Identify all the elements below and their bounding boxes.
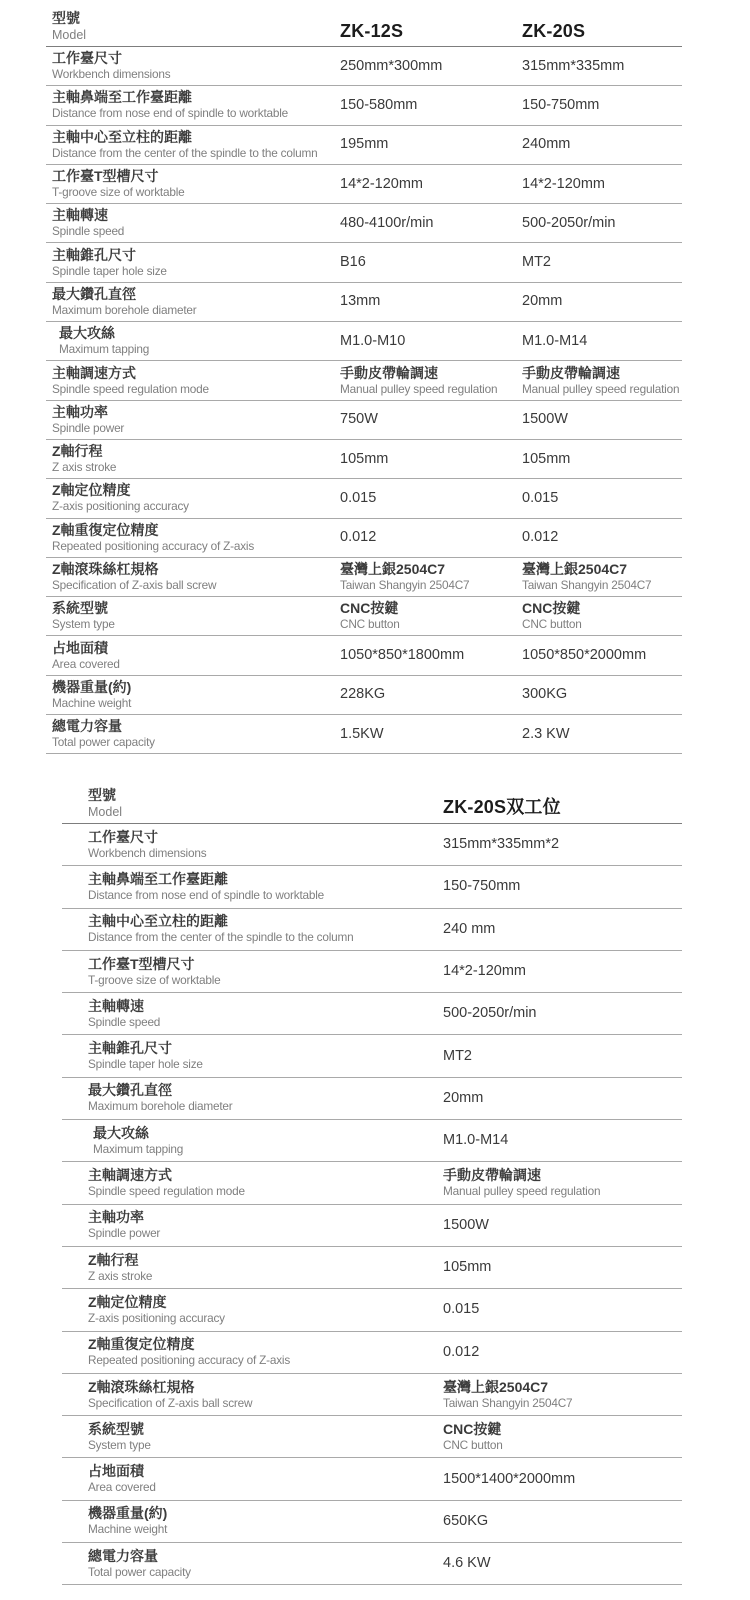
spec-value-col2: M1.0-M14: [522, 322, 587, 360]
spec-label: 機器重量(約) Machine weight: [62, 1501, 682, 1542]
spec-row: Z軸行程 Z axis stroke 105mm 105mm: [46, 440, 682, 479]
spec-value-col2: 315mm*335mm: [522, 47, 624, 85]
spec-label-zh: 系統型號: [88, 1421, 682, 1438]
spec-value-col1: 750W: [340, 401, 378, 439]
spec-value-main: 150-750mm: [443, 878, 520, 895]
spec-value-main: 315mm*335mm*2: [443, 836, 559, 853]
spec-value-main: 228KG: [340, 686, 385, 703]
spec-value-sub: CNC button: [522, 617, 582, 632]
spec-value-col1: 0.015: [443, 1289, 479, 1330]
spec-row: 系統型號 System type CNC按鍵 CNC button: [62, 1416, 682, 1458]
spec-label-en: Area covered: [88, 1480, 682, 1495]
spec-value-main: 臺灣上銀2504C7: [443, 1379, 572, 1396]
spec-label-zh: Z軸重復定位精度: [88, 1336, 682, 1353]
spec-label-zh: 占地面積: [88, 1463, 682, 1480]
spec-label-en: Specification of Z-axis ball screw: [88, 1396, 682, 1411]
spec-label-zh: 主軸錐孔尺寸: [52, 247, 682, 264]
spec-row: 工作臺尺寸 Workbench dimensions 250mm*300mm 3…: [46, 47, 682, 86]
spec-value-col1: 195mm: [340, 126, 388, 164]
spec-value-main: 手動皮帶輪調速: [443, 1167, 600, 1184]
spec-value-main: MT2: [522, 254, 551, 271]
spec-value-main: 750W: [340, 411, 378, 428]
spec-value-main: 14*2-120mm: [522, 176, 605, 193]
spec-value-main: 240mm: [522, 136, 570, 153]
spec-value-col2: 500-2050r/min: [522, 204, 616, 242]
spec-label-zh: 工作臺尺寸: [88, 829, 682, 846]
spec-value-col1: M1.0-M10: [340, 322, 405, 360]
spec-value-main: 13mm: [340, 293, 380, 310]
spec-label-en: Distance from nose end of spindle to wor…: [88, 888, 682, 903]
spec-table-header: 型號 Model ZK-12S ZK-20S: [46, 10, 682, 47]
spec-value-main: 1500*1400*2000mm: [443, 1471, 575, 1488]
spec-value-sub: CNC button: [443, 1438, 503, 1453]
spec-value-main: CNC按鍵: [443, 1421, 503, 1438]
spec-rows: 工作臺尺寸 Workbench dimensions 315mm*335mm*2…: [62, 824, 682, 1585]
spec-value-col2: 1050*850*2000mm: [522, 636, 646, 674]
spec-value-col1: 0.012: [340, 519, 376, 557]
spec-row: 工作臺T型槽尺寸 T-groove size of worktable 14*2…: [46, 165, 682, 204]
spec-value-main: 0.015: [522, 490, 558, 507]
spec-value-sub: Taiwan Shangyin 2504C7: [340, 578, 469, 593]
spec-value-main: 105mm: [340, 451, 388, 468]
spec-label-zh: 機器重量(約): [88, 1505, 682, 1522]
spec-label: Z軸定位精度 Z-axis positioning accuracy: [62, 1289, 682, 1330]
spec-row: 最大攻絲 Maximum tapping M1.0-M14: [62, 1120, 682, 1162]
spec-row: 主軸鼻端至工作臺距離 Distance from nose end of spi…: [62, 866, 682, 908]
spec-value-main: 300KG: [522, 686, 567, 703]
spec-value-main: 20mm: [522, 293, 562, 310]
spec-row: 最大攻絲 Maximum tapping M1.0-M10 M1.0-M14: [46, 322, 682, 361]
spec-value-main: M1.0-M14: [522, 333, 587, 350]
spec-row: 主軸中心至立柱的距離 Distance from the center of t…: [46, 126, 682, 165]
spec-value-sub: Manual pulley speed regulation: [340, 382, 497, 397]
spec-label-en: Distance from the center of the spindle …: [88, 930, 682, 945]
spec-label: 最大鑽孔直徑 Maximum borehole diameter: [62, 1078, 682, 1119]
spec-row: 系統型號 System type CNC按鍵 CNC button CNC按鍵 …: [46, 597, 682, 636]
spec-value-col1: 480-4100r/min: [340, 204, 434, 242]
spec-value-col1: 手動皮帶輪調速 Manual pulley speed regulation: [443, 1162, 600, 1203]
spec-value-main: 1.5KW: [340, 726, 384, 743]
spec-label-en: Z axis stroke: [88, 1269, 682, 1284]
spec-value-main: 1050*850*1800mm: [340, 647, 464, 664]
spec-value-main: M1.0-M10: [340, 333, 405, 350]
spec-value-col2: 2.3 KW: [522, 715, 570, 753]
spec-value-col1: 228KG: [340, 676, 385, 714]
spec-value-main: 4.6 KW: [443, 1555, 491, 1572]
spec-row: Z軸行程 Z axis stroke 105mm: [62, 1247, 682, 1289]
spec-label-en: Spindle power: [88, 1226, 682, 1241]
spec-value-main: 650KG: [443, 1513, 488, 1530]
spec-value-main: M1.0-M14: [443, 1132, 508, 1149]
spec-row: 主軸中心至立柱的距離 Distance from the center of t…: [62, 909, 682, 951]
spec-value-col2: 20mm: [522, 283, 562, 321]
spec-label-zh: 總電力容量: [88, 1548, 682, 1565]
spec-value-col1: 315mm*335mm*2: [443, 824, 559, 865]
spec-value-main: 105mm: [522, 451, 570, 468]
spec-row: Z軸定位精度 Z-axis positioning accuracy 0.015…: [46, 479, 682, 518]
spec-value-main: 0.012: [340, 529, 376, 546]
spec-value-col2: 手動皮帶輪調速 Manual pulley speed regulation: [522, 361, 679, 399]
spec-row: Z軸滾珠絲杠規格 Specification of Z-axis ball sc…: [46, 558, 682, 597]
spec-value-main: 0.012: [443, 1344, 479, 1361]
spec-value-col1: 手動皮帶輪調速 Manual pulley speed regulation: [340, 361, 497, 399]
spec-value-main: 500-2050r/min: [443, 1005, 537, 1022]
spec-label-en: T-groove size of worktable: [88, 973, 682, 988]
spec-label: 占地面積 Area covered: [62, 1458, 682, 1499]
spec-value-main: 195mm: [340, 136, 388, 153]
spec-value-col1: 0.012: [443, 1332, 479, 1373]
spec-label-en: Spindle taper hole size: [52, 264, 682, 279]
spec-value-main: 14*2-120mm: [340, 176, 423, 193]
spec-value-col1: M1.0-M14: [443, 1120, 508, 1161]
spec-label-en: Machine weight: [88, 1522, 682, 1537]
spec-value-col2: 150-750mm: [522, 86, 599, 124]
spec-value-col2: 240mm: [522, 126, 570, 164]
model-name-zk20s-dual: ZK-20S双工位: [443, 793, 561, 819]
spec-value-main: 500-2050r/min: [522, 215, 616, 232]
model-name-zk20s: ZK-20S: [522, 21, 585, 42]
spec-value-main: 0.015: [443, 1301, 479, 1318]
spec-label-en: System type: [88, 1438, 682, 1453]
spec-row: 總電力容量 Total power capacity 1.5KW 2.3 KW: [46, 715, 682, 754]
spec-row: Z軸滾珠絲杠規格 Specification of Z-axis ball sc…: [62, 1374, 682, 1416]
spec-label-en: Spindle speed: [88, 1015, 682, 1030]
spec-row: Z軸定位精度 Z-axis positioning accuracy 0.015: [62, 1289, 682, 1331]
spec-value-main: 1500W: [443, 1217, 489, 1234]
spec-value-col2: 300KG: [522, 676, 567, 714]
spec-row: Z軸重復定位精度 Repeated positioning accuracy o…: [62, 1332, 682, 1374]
spec-value-col1: 500-2050r/min: [443, 993, 537, 1034]
spec-label: 主軸中心至立柱的距離 Distance from the center of t…: [62, 909, 682, 950]
spec-value-sub: Taiwan Shangyin 2504C7: [443, 1396, 572, 1411]
spec-value-main: 臺灣上銀2504C7: [340, 561, 469, 578]
spec-value-col2: 14*2-120mm: [522, 165, 605, 203]
spec-value-main: MT2: [443, 1048, 472, 1065]
spec-rows: 工作臺尺寸 Workbench dimensions 250mm*300mm 3…: [46, 47, 682, 754]
spec-value-col1: 105mm: [340, 440, 388, 478]
spec-value-col1: 1050*850*1800mm: [340, 636, 464, 674]
spec-label-zh: Z軸行程: [88, 1252, 682, 1269]
spec-row: 最大鑽孔直徑 Maximum borehole diameter 20mm: [62, 1078, 682, 1120]
spec-label-zh: Z軸定位精度: [88, 1294, 682, 1311]
spec-value-main: CNC按鍵: [522, 600, 582, 617]
spec-value-col1: 1.5KW: [340, 715, 384, 753]
spec-label-zh: 最大鑽孔直徑: [88, 1082, 682, 1099]
spec-label-en: Maximum borehole diameter: [88, 1099, 682, 1114]
spec-value-main: 1050*850*2000mm: [522, 647, 646, 664]
spec-row: 占地面積 Area covered 1050*850*1800mm 1050*8…: [46, 636, 682, 675]
spec-value-main: 2.3 KW: [522, 726, 570, 743]
spec-value-col1: 105mm: [443, 1247, 491, 1288]
model-label-zh: 型號: [52, 10, 86, 27]
spec-value-col1: CNC按鍵 CNC button: [443, 1416, 503, 1457]
spec-value-main: 20mm: [443, 1090, 483, 1107]
spec-row: 主軸功率 Spindle power 1500W: [62, 1205, 682, 1247]
spec-value-main: CNC按鍵: [340, 600, 400, 617]
spec-label: Z軸重復定位精度 Repeated positioning accuracy o…: [62, 1332, 682, 1373]
model-label: 型號 Model: [46, 10, 86, 46]
spec-value-main: 480-4100r/min: [340, 215, 434, 232]
spec-row: 總電力容量 Total power capacity 4.6 KW: [62, 1543, 682, 1585]
spec-value-main: 150-750mm: [522, 97, 599, 114]
spec-label: Z軸滾珠絲杠規格 Specification of Z-axis ball sc…: [62, 1374, 682, 1415]
spec-label-en: Maximum tapping: [93, 1142, 682, 1157]
model-label: 型號 Model: [62, 787, 122, 823]
spec-label: 最大攻絲 Maximum tapping: [62, 1120, 682, 1161]
spec-row: 主軸調速方式 Spindle speed regulation mode 手動皮…: [62, 1162, 682, 1204]
spec-label: 工作臺尺寸 Workbench dimensions: [62, 824, 682, 865]
model-label-zh: 型號: [88, 787, 122, 804]
spec-label-zh: 主軸功率: [88, 1209, 682, 1226]
spec-label-en: Repeated positioning accuracy of Z-axis: [88, 1353, 682, 1368]
spec-label-zh: 主軸錐孔尺寸: [88, 1040, 682, 1057]
spec-row: 工作臺T型槽尺寸 T-groove size of worktable 14*2…: [62, 951, 682, 993]
spec-label-zh: Z軸滾珠絲杠規格: [88, 1379, 682, 1396]
spec-label: 總電力容量 Total power capacity: [62, 1543, 682, 1584]
spec-row: Z軸重復定位精度 Repeated positioning accuracy o…: [46, 519, 682, 558]
spec-label: 工作臺T型槽尺寸 T-groove size of worktable: [62, 951, 682, 992]
spec-label-zh: 主軸鼻端至工作臺距離: [88, 871, 682, 888]
spec-value-main: 1500W: [522, 411, 568, 428]
spec-value-col1: 1500W: [443, 1205, 489, 1246]
spec-value-col1: 14*2-120mm: [443, 951, 526, 992]
spec-value-col2: 1500W: [522, 401, 568, 439]
spec-label-en: Spindle taper hole size: [88, 1057, 682, 1072]
spec-value-main: 手動皮帶輪調速: [522, 365, 679, 382]
spec-row: 工作臺尺寸 Workbench dimensions 315mm*335mm*2: [62, 824, 682, 866]
spec-label-en: Z-axis positioning accuracy: [88, 1311, 682, 1326]
spec-value-col1: 650KG: [443, 1501, 488, 1542]
spec-table-header: 型號 Model ZK-20S双工位: [62, 778, 682, 824]
model-label-en: Model: [88, 804, 122, 820]
spec-value-main: 臺灣上銀2504C7: [522, 561, 651, 578]
spec-value-col2: MT2: [522, 243, 551, 281]
spec-label-zh: 主軸轉速: [88, 998, 682, 1015]
spec-table-zk20s-dual: 型號 Model ZK-20S双工位 工作臺尺寸 Workbench dimen…: [62, 778, 682, 1585]
spec-row: 主軸鼻端至工作臺距離 Distance from nose end of spi…: [46, 86, 682, 125]
spec-value-main: 手動皮帶輪調速: [340, 365, 497, 382]
spec-row: 機器重量(約) Machine weight 650KG: [62, 1501, 682, 1543]
spec-row: 占地面積 Area covered 1500*1400*2000mm: [62, 1458, 682, 1500]
spec-label-zh: 工作臺T型槽尺寸: [88, 956, 682, 973]
spec-value-main: 105mm: [443, 1259, 491, 1276]
spec-label-zh: 最大攻絲: [93, 1125, 682, 1142]
spec-value-col1: 0.015: [340, 479, 376, 517]
spec-value-sub: CNC button: [340, 617, 400, 632]
spec-value-col1: MT2: [443, 1035, 472, 1076]
spec-value-col2: 0.012: [522, 519, 558, 557]
spec-value-main: 14*2-120mm: [443, 963, 526, 980]
spec-row: 主軸錐孔尺寸 Spindle taper hole size B16 MT2: [46, 243, 682, 282]
model-label-en: Model: [52, 27, 86, 43]
spec-value-main: 250mm*300mm: [340, 58, 442, 75]
spec-value-col1: B16: [340, 243, 366, 281]
spec-label: 主軸錐孔尺寸 Spindle taper hole size: [62, 1035, 682, 1076]
spec-value-col1: 1500*1400*2000mm: [443, 1458, 575, 1499]
spec-label: 主軸轉速 Spindle speed: [62, 993, 682, 1034]
spec-value-col2: 105mm: [522, 440, 570, 478]
spec-value-col1: 臺灣上銀2504C7 Taiwan Shangyin 2504C7: [340, 558, 469, 596]
spec-value-col1: 14*2-120mm: [340, 165, 423, 203]
spec-value-sub: Taiwan Shangyin 2504C7: [522, 578, 651, 593]
spec-row: 主軸功率 Spindle power 750W 1500W: [46, 401, 682, 440]
spec-value-main: B16: [340, 254, 366, 271]
spec-value-col1: 250mm*300mm: [340, 47, 442, 85]
spec-value-col1: 13mm: [340, 283, 380, 321]
spec-value-sub: Manual pulley speed regulation: [522, 382, 679, 397]
spec-row: 主軸錐孔尺寸 Spindle taper hole size MT2: [62, 1035, 682, 1077]
spec-label-en: Total power capacity: [88, 1565, 682, 1580]
spec-value-col1: CNC按鍵 CNC button: [340, 597, 400, 635]
spec-value-main: 0.012: [522, 529, 558, 546]
spec-label: 系統型號 System type: [62, 1416, 682, 1457]
spec-value-col1: 4.6 KW: [443, 1543, 491, 1584]
spec-value-main: 315mm*335mm: [522, 58, 624, 75]
spec-label-zh: 主軸中心至立柱的距離: [88, 913, 682, 930]
spec-table-zk12s-zk20s: 型號 Model ZK-12S ZK-20S 工作臺尺寸 Workbench d…: [46, 10, 682, 754]
spec-label: 主軸鼻端至工作臺距離 Distance from nose end of spi…: [62, 866, 682, 907]
spec-value-col1: 240 mm: [443, 909, 495, 950]
spec-value-col1: 150-580mm: [340, 86, 417, 124]
model-name-zk12s: ZK-12S: [340, 21, 403, 42]
spec-row: 機器重量(約) Machine weight 228KG 300KG: [46, 676, 682, 715]
spec-value-sub: Manual pulley speed regulation: [443, 1184, 600, 1199]
spec-value-main: 240 mm: [443, 921, 495, 938]
spec-row: 主軸轉速 Spindle speed 480-4100r/min 500-205…: [46, 204, 682, 243]
spec-value-main: 0.015: [340, 490, 376, 507]
spec-value-col1: 20mm: [443, 1078, 483, 1119]
spec-label: Z軸行程 Z axis stroke: [62, 1247, 682, 1288]
spec-value-col2: 0.015: [522, 479, 558, 517]
spec-label: 主軸功率 Spindle power: [62, 1205, 682, 1246]
spec-value-col1: 臺灣上銀2504C7 Taiwan Shangyin 2504C7: [443, 1374, 572, 1415]
spec-row: 最大鑽孔直徑 Maximum borehole diameter 13mm 20…: [46, 283, 682, 322]
spec-row: 主軸調速方式 Spindle speed regulation mode 手動皮…: [46, 361, 682, 400]
spec-row: 主軸轉速 Spindle speed 500-2050r/min: [62, 993, 682, 1035]
spec-value-col2: 臺灣上銀2504C7 Taiwan Shangyin 2504C7: [522, 558, 651, 596]
spec-value-col2: CNC按鍵 CNC button: [522, 597, 582, 635]
spec-value-col1: 150-750mm: [443, 866, 520, 907]
spec-label-en: Workbench dimensions: [88, 846, 682, 861]
spec-value-main: 150-580mm: [340, 97, 417, 114]
